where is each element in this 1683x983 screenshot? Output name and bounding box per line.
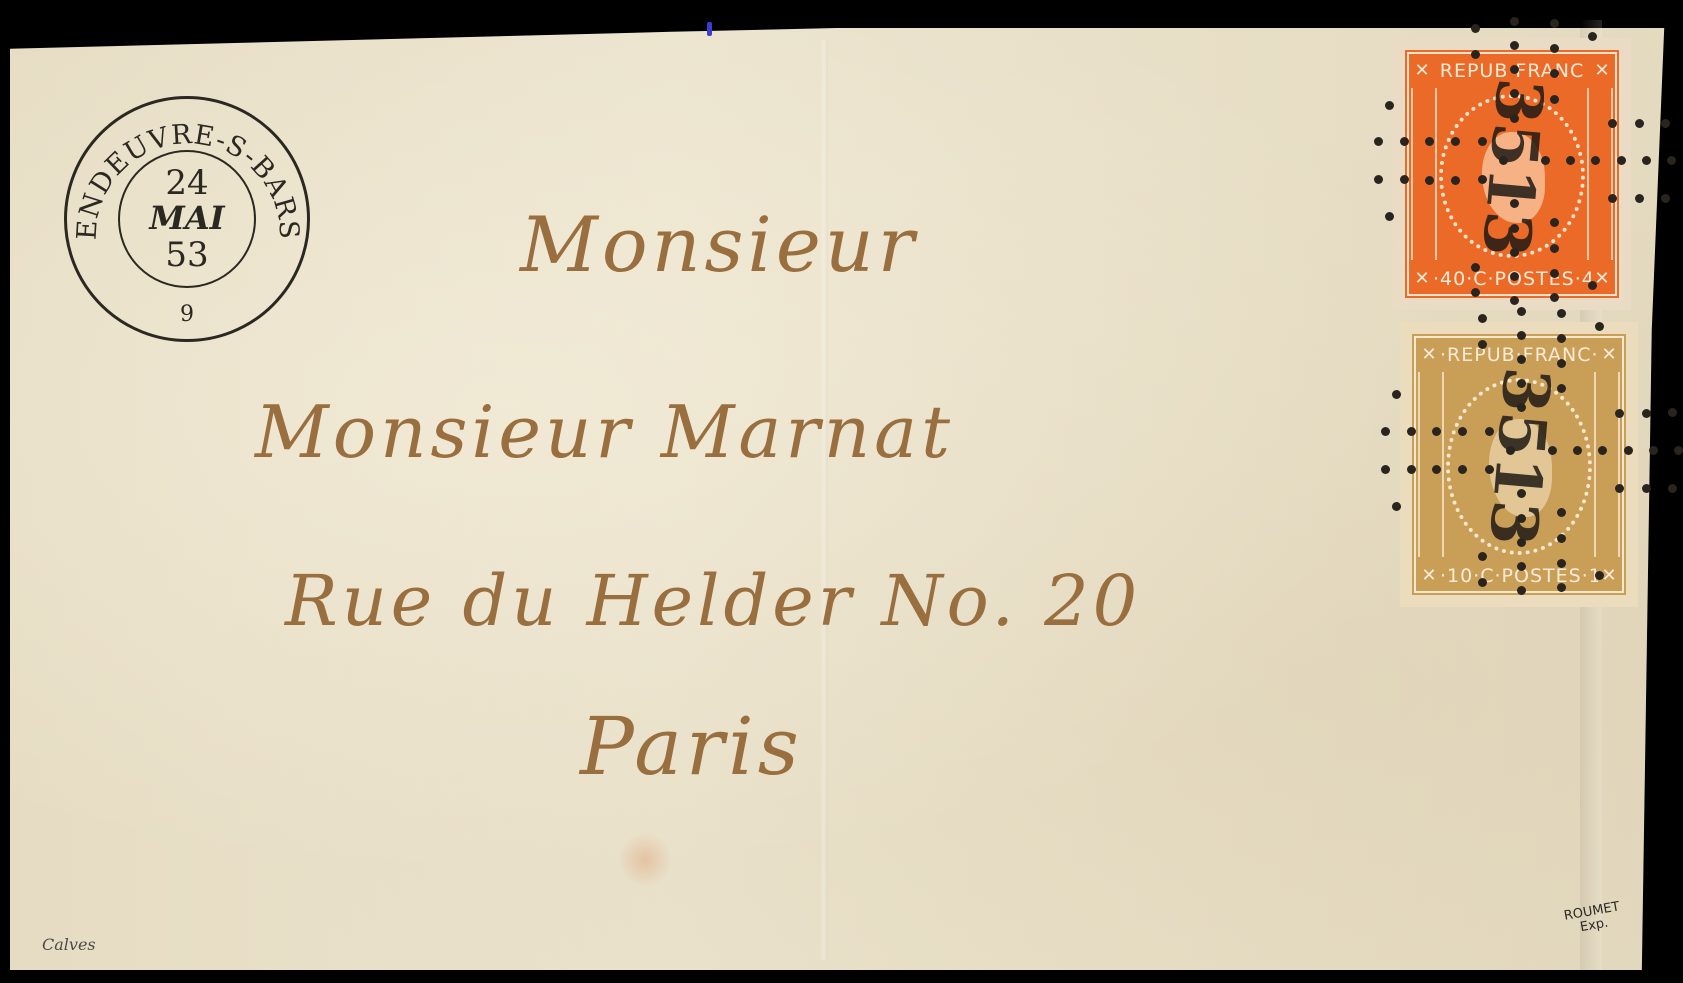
corner-x-icon: ✕ [1416,563,1442,589]
address-line-1: Monsieur [520,200,918,289]
address-line-2: Monsieur Marnat [255,390,954,474]
address-line-3: Rue du Helder No. 20 [285,560,1141,642]
red-stain [620,830,670,890]
postmark-day: 24 [120,166,254,200]
postmark-box-number: 9 [67,302,307,327]
postmark-month: MAI [120,202,254,234]
stamp-bottom-text: ·10·C·POSTES·10·C· [1440,563,1598,589]
corner-x-icon: ✕ [1596,563,1622,589]
greek-key-border [1594,372,1620,557]
stamp-40c-ceres: ✕ ✕ ✕ ✕ REPUB·FRANC 3513 ·40·C·POSTES·40… [1393,38,1631,310]
stamp-10c-napoleon: ✕ ✕ ✕ ✕ ·REPUB·FRANC· 3513 ·10·C·POSTES·… [1400,322,1638,607]
postmark-date-circle: 24 MAI 53 [118,150,256,288]
corner-x-icon: ✕ [1589,58,1615,84]
corner-x-icon: ✕ [1409,266,1435,292]
expert-signature: Calves [42,935,96,954]
paper-crease [820,40,828,960]
corner-x-icon: ✕ [1416,342,1442,368]
greek-key-border [1587,88,1613,260]
stamp-bottom-text: ·40·C·POSTES·40·C· [1433,266,1591,292]
blue-ink-mark [707,22,712,36]
corner-x-icon: ✕ [1596,342,1622,368]
greek-key-border [1418,372,1444,557]
corner-x-icon: ✕ [1589,266,1615,292]
address-line-4: Paris [580,700,803,793]
corner-x-icon: ✕ [1409,58,1435,84]
greek-key-border [1411,88,1437,260]
postmark-year: 53 [120,238,254,272]
date-postmark: VENDEUVRE-S-BARSE 24 MAI 53 9 [64,96,310,342]
